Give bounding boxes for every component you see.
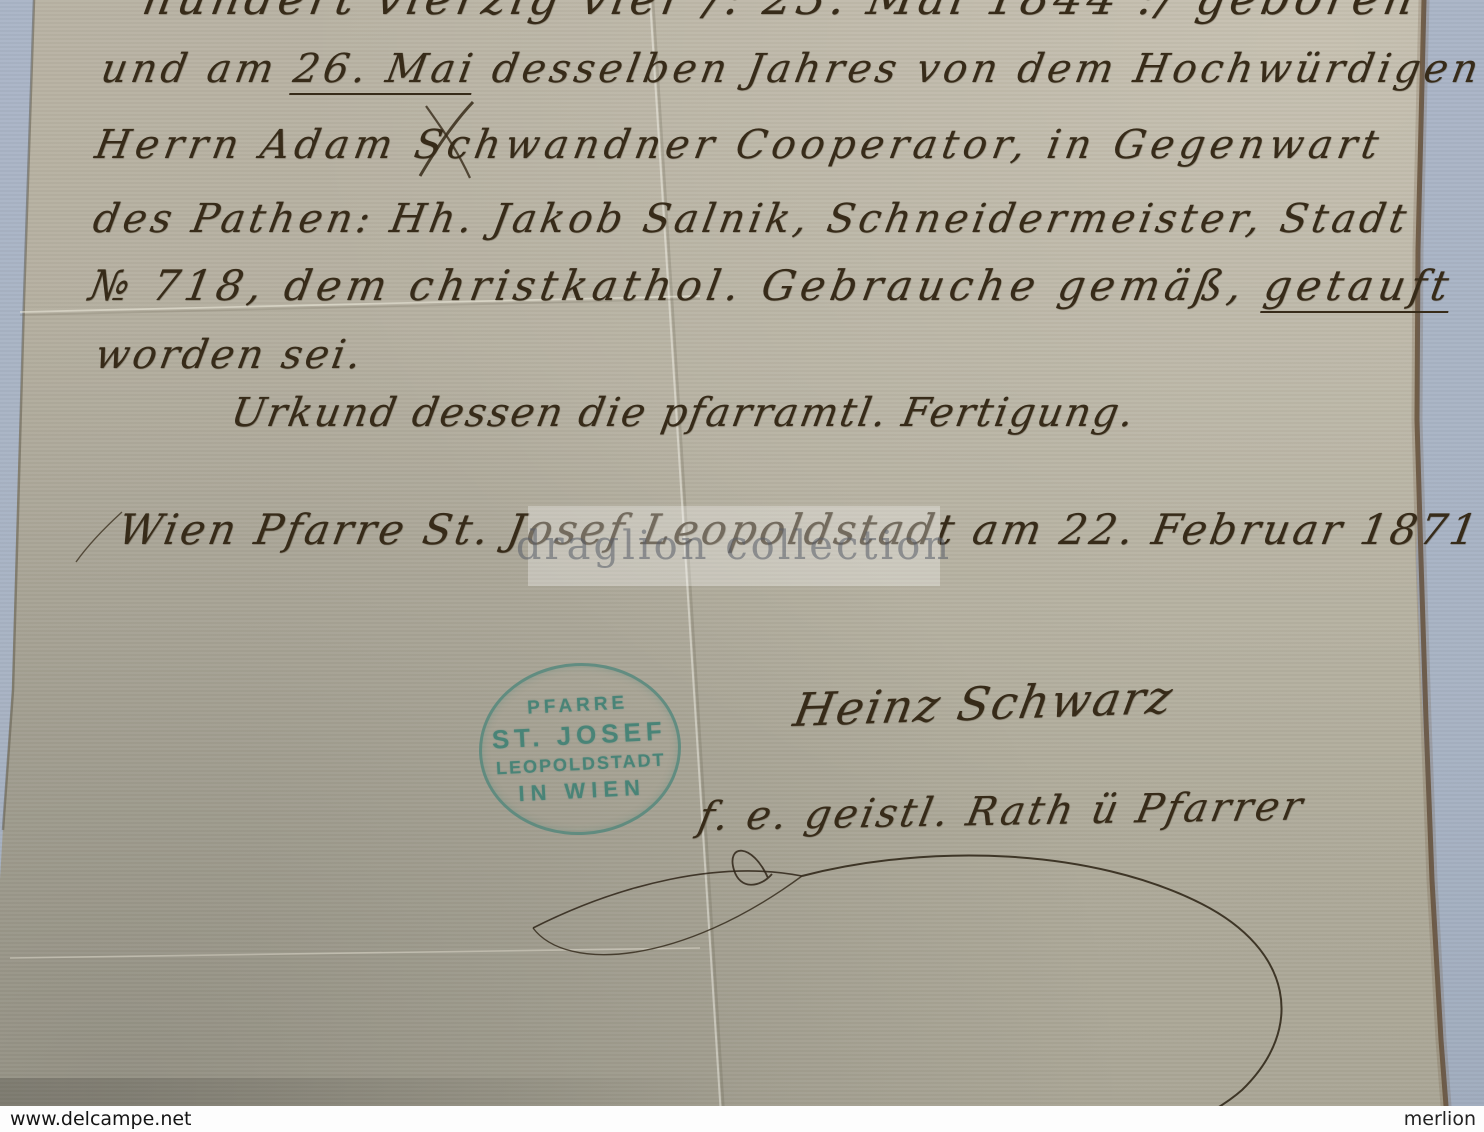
footer-watermark-right: merlion <box>1404 1108 1476 1130</box>
signature-title: f. e. geistl. Rath ü Pfarrer <box>695 785 1309 838</box>
handwriting-line: Urkund dessen die pfarramtl. Fertigung. <box>228 392 1139 434</box>
footer-bar: www.delcampe.net merlion <box>0 1106 1484 1132</box>
handwriting-line: Herrn Adam Schwandner Cooperator, in Geg… <box>92 124 1386 166</box>
stamp-line-pfarre: PFARRE <box>527 692 629 719</box>
handwriting-line: worden sei. <box>92 334 367 376</box>
stamp-line-stjosef: ST. JOSEF <box>491 715 667 755</box>
scanned-document-photo: hundert vierzig vier /: 23. Mai 1844 :/ … <box>0 0 1484 1132</box>
center-watermark-band: draglion collection <box>528 506 940 586</box>
center-watermark-text: draglion collection <box>516 523 952 569</box>
handwriting-line: № 718, dem christkathol. Gebrauche gemäß… <box>86 264 1457 308</box>
signature-name: Heinz Schwarz <box>790 673 1178 734</box>
footer-watermark-left: www.delcampe.net <box>10 1108 192 1130</box>
underlined-word: 26. Mai <box>289 46 480 95</box>
underlined-word: getauft <box>1260 261 1457 313</box>
handwriting-line: des Pathen: Hh. Jakob Salnik, Schneiderm… <box>90 198 1413 240</box>
stamp-line-inwien: IN WIEN <box>518 774 647 807</box>
handwriting-line: hundert vierzig vier /: 23. Mai 1844 :/ … <box>140 0 1422 22</box>
handwriting-line: und am 26. Mai desselben Jahres von dem … <box>98 48 1484 90</box>
